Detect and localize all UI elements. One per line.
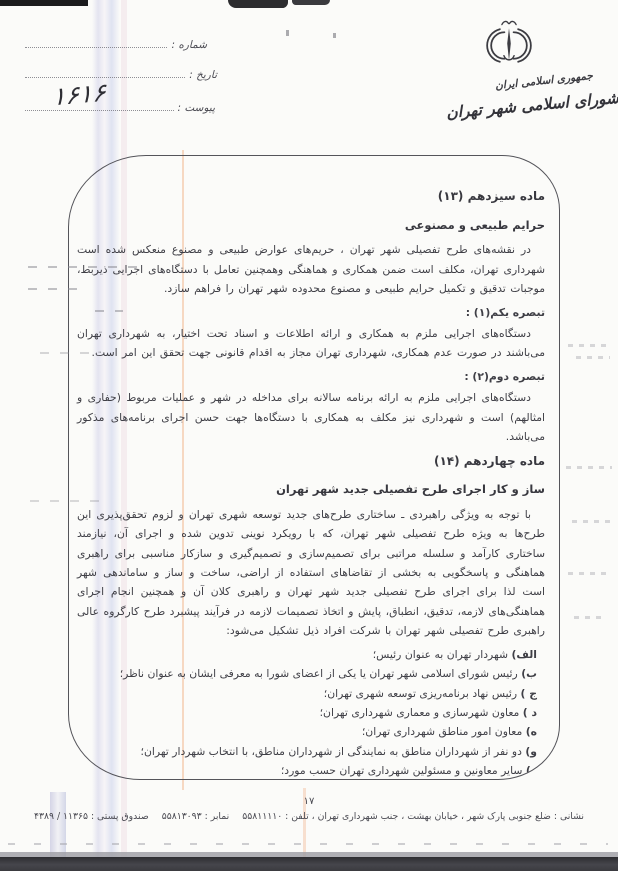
member-text: رئیس نهاد برنامه‌ریزی توسعه شهری تهران؛ — [324, 687, 517, 700]
footer-address-line: نشانی : ضلع جنوبی پارک شهر ، خیابان بهشت… — [0, 811, 618, 822]
dotted-line — [25, 63, 185, 78]
field-date: تاریخ : — [25, 63, 217, 81]
member-item: ز) سایر معاونین و مسئولین شهرداری تهران … — [77, 761, 545, 780]
field-number: شماره : — [25, 33, 207, 51]
member-text: معاون امور مناطق شهرداری تهران؛ — [362, 725, 522, 738]
field-attachment-label: پیوست : — [178, 102, 216, 114]
field-date-label: تاریخ : — [189, 69, 217, 81]
article-14-paragraph: با توجه به ویژگی راهبردی ـ ساختاری طرح‌ه… — [77, 505, 545, 641]
scan-ghost-mark — [574, 616, 606, 619]
member-label: ج ) — [521, 687, 537, 700]
member-item: د ) معاون شهرسازی و معماری شهرداری تهران… — [77, 703, 545, 722]
document-body: ماده سیزدهم (۱۳) حرایم طبیعی و مصنوعی در… — [69, 156, 559, 780]
scan-margin-dashes — [28, 266, 148, 268]
member-text: دو نفر از شهرداران مناطق به نمایندگی از … — [141, 745, 522, 758]
member-label: الف) — [511, 648, 537, 661]
article-14-subtitle: ساز و کار اجرای طرح تفصیلی جدید شهر تهرا… — [77, 479, 545, 500]
member-label: د ) — [523, 706, 537, 719]
scan-speck — [286, 30, 289, 36]
member-item: و) دو نفر از شهرداران مناطق به نمایندگی … — [77, 742, 545, 761]
member-label: ه) — [526, 725, 537, 738]
note-1-text: دستگاه‌های اجرایی ملزم به همکاری و ارائه… — [77, 324, 545, 363]
org-title-council: شورای اسلامی شهر تهران — [446, 90, 607, 122]
handwritten-number: ۱۶۱۶ — [52, 78, 106, 112]
member-label: ب) — [521, 667, 537, 680]
member-text: معاون شهرسازی و معماری شهرداری تهران؛ — [320, 706, 520, 719]
iran-national-emblem-icon — [480, 18, 538, 74]
article-13-subtitle: حرایم طبیعی و مصنوعی — [77, 215, 545, 236]
dotted-line — [25, 33, 167, 48]
scan-cutoff-calligraphy-artifact — [228, 0, 288, 8]
scanned-document-page: { "header": { "field_number_label": "شما… — [0, 0, 618, 871]
footer-fax: نمابر : ۵۵۸۱۳۰۹۳ — [162, 811, 230, 822]
scan-speck — [333, 33, 336, 38]
member-item: الف) شهردار تهران به عنوان رئیس؛ — [77, 645, 545, 664]
scan-ghost-mark — [576, 356, 610, 359]
member-item: ج ) رئیس نهاد برنامه‌ریزی توسعه شهری تهر… — [77, 684, 545, 703]
scan-edge-strip-dark — [0, 857, 618, 871]
note-1-title: تبصره یکم(۱) : — [77, 303, 545, 322]
document-body-frame: ماده سیزدهم (۱۳) حرایم طبیعی و مصنوعی در… — [68, 155, 560, 780]
scan-edge-artifact-top-left — [0, 0, 88, 6]
scan-margin-dashes — [30, 500, 100, 502]
scan-ghost-mark — [572, 520, 610, 523]
member-text: سایر معاونین و مسئولین شهرداری تهران حسب… — [281, 764, 523, 777]
note-2-text: دستگاه‌های اجرایی ملزم به ارائه برنامه س… — [77, 388, 545, 446]
scan-ghost-mark — [566, 466, 612, 469]
article-13-title: ماده سیزدهم (۱۳) — [77, 186, 545, 208]
member-item: ه) معاون امور مناطق شهرداری تهران؛ — [77, 722, 545, 741]
member-text: رئیس شورای اسلامی شهر تهران یا یکی از اع… — [120, 667, 518, 680]
article-13-paragraph: در نقشه‌های طرح تفصیلی شهر تهران ، حریم‌… — [77, 240, 545, 298]
member-label: ز) — [526, 764, 537, 777]
page-number: ۱۷ — [0, 796, 618, 807]
footer-pobox: صندوق پستی : ۱۱۳۶۵ / ۴۳۸۹ — [34, 811, 149, 822]
scan-bottom-dashed-line — [8, 843, 608, 845]
scan-margin-dashes — [40, 352, 95, 354]
member-label: و) — [525, 745, 537, 758]
scan-ghost-mark — [568, 572, 612, 575]
scan-margin-dashes — [95, 310, 123, 312]
scan-margin-dashes — [28, 288, 84, 290]
scan-ghost-mark — [568, 344, 610, 347]
field-number-label: شماره : — [171, 39, 207, 51]
footer-address: نشانی : ضلع جنوبی پارک شهر ، خیابان بهشت… — [242, 811, 584, 822]
member-text: شهردار تهران به عنوان رئیس؛ — [373, 648, 508, 661]
member-item: ب) رئیس شورای اسلامی شهر تهران یا یکی از… — [77, 664, 545, 683]
scan-cutoff-calligraphy-artifact — [292, 0, 330, 5]
article-14-title: ماده چهاردهم (۱۴) — [77, 451, 545, 473]
note-2-title: تبصره دوم(۲) : — [77, 367, 545, 386]
